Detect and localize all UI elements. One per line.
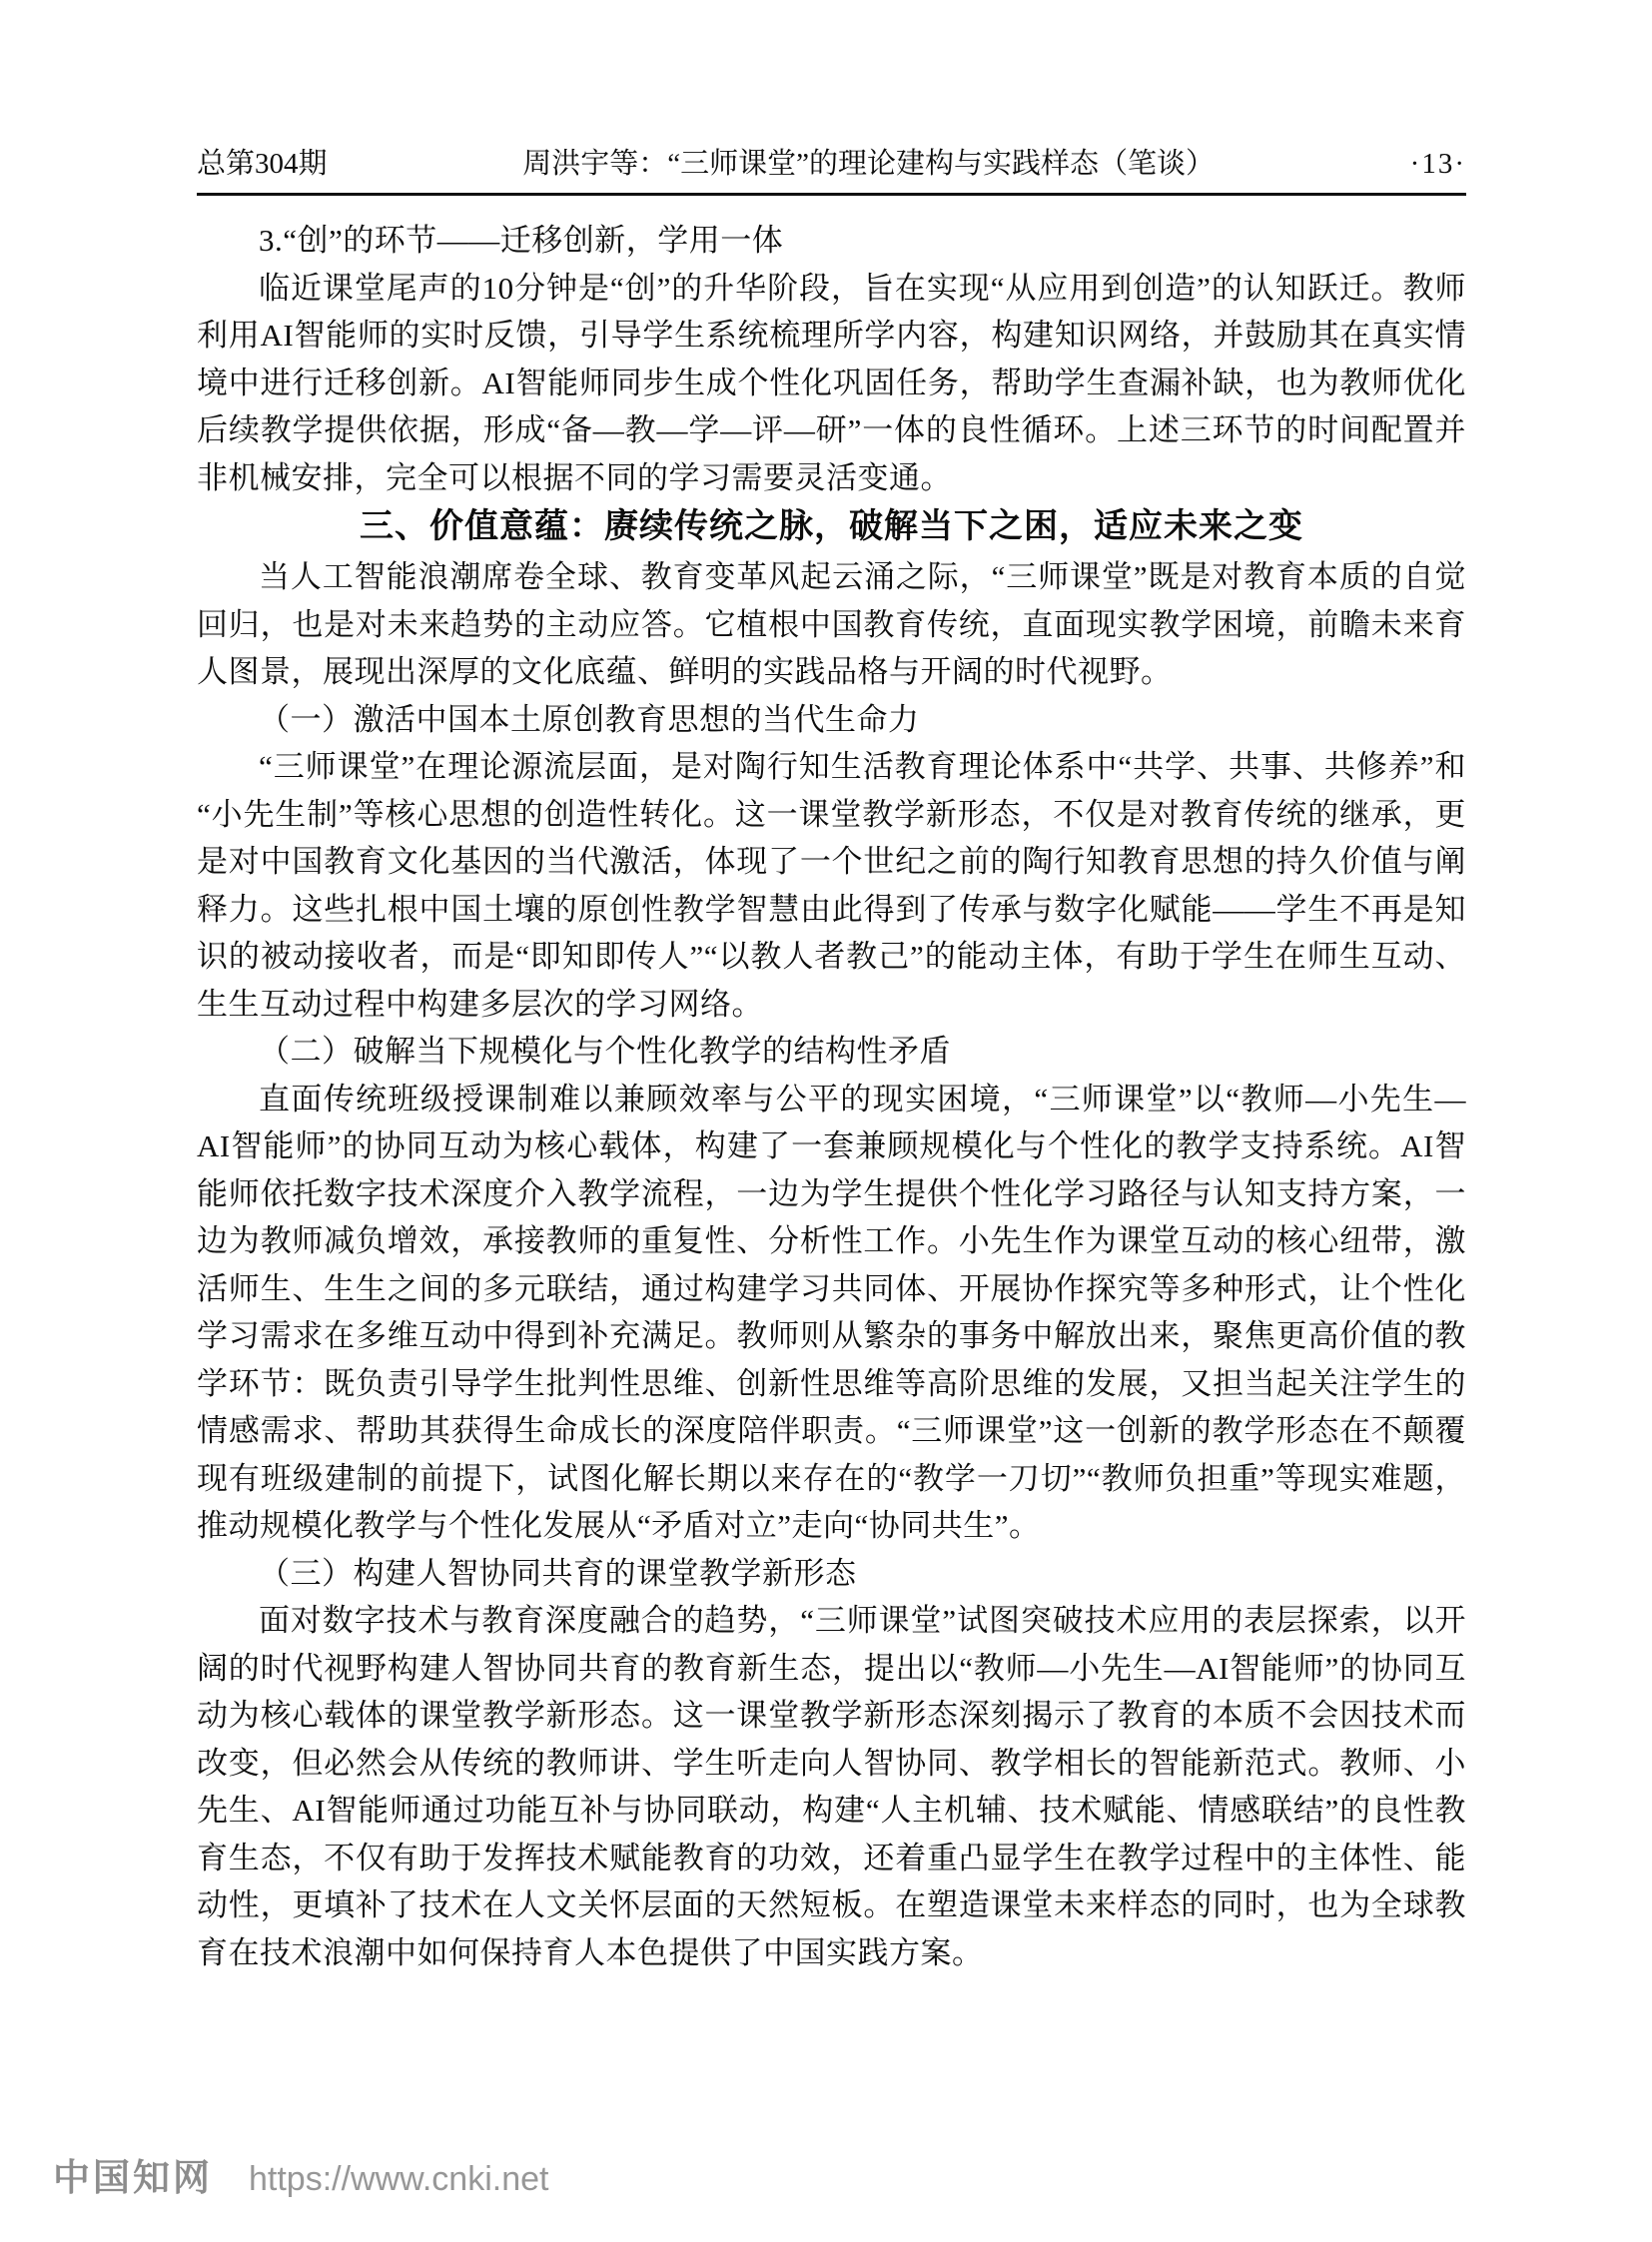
item-subheading-3: （三）构建人智协同共育的课堂教学新形态 <box>197 1550 1466 1598</box>
running-title: 周洪宇等：“三师课堂”的理论建构与实践样态（笔谈） <box>328 146 1410 182</box>
article-body: 3.“创”的环节——迁移创新，学用一体 临近课堂尾声的10分钟是“创”的升华阶段… <box>197 217 1466 1976</box>
item-subheading-2: （二）破解当下规模化与个性化教学的结构性矛盾 <box>197 1028 1466 1076</box>
running-header: 总第304期 周洪宇等：“三师课堂”的理论建构与实践样态（笔谈） ·13· <box>197 146 1466 182</box>
cnki-logo-text: 中国知网 <box>53 2147 213 2201</box>
journal-page: 总第304期 周洪宇等：“三师课堂”的理论建构与实践样态（笔谈） ·13· 3.… <box>0 0 1652 2242</box>
item-subheading-1: （一）激活中国本土原创教育思想的当代生命力 <box>197 696 1466 744</box>
paragraph: 面对数字技术与教育深度融合的趋势，“三师课堂”试图突破技术应用的表层探索，以开阔… <box>197 1597 1466 1976</box>
paragraph: 当人工智能浪潮席卷全球、教育变革风起云涌之际，“三师课堂”既是对教育本质的自觉回… <box>197 553 1466 696</box>
section-title: 三、价值意蕴：赓续传统之脉，破解当下之困，适应未来之变 <box>197 501 1466 553</box>
header-divider <box>197 193 1466 196</box>
issue-number: 总第304期 <box>197 146 328 182</box>
numbered-subheading: 3.“创”的环节——迁移创新，学用一体 <box>197 217 1466 265</box>
paragraph: 临近课堂尾声的10分钟是“创”的升华阶段，旨在实现“从应用到创造”的认知跃迁。教… <box>197 265 1466 502</box>
cnki-watermark: 中国知网 https://www.cnki.net <box>53 2147 548 2201</box>
paragraph: “三师课堂”在理论源流层面，是对陶行知生活教育理论体系中“共学、共事、共修养”和… <box>197 743 1466 1028</box>
paragraph: 直面传统班级授课制难以兼顾效率与公平的现实困境，“三师课堂”以“教师—小先生—A… <box>197 1076 1466 1550</box>
page-number: ·13· <box>1410 146 1466 182</box>
cnki-url: https://www.cnki.net <box>249 2160 548 2199</box>
